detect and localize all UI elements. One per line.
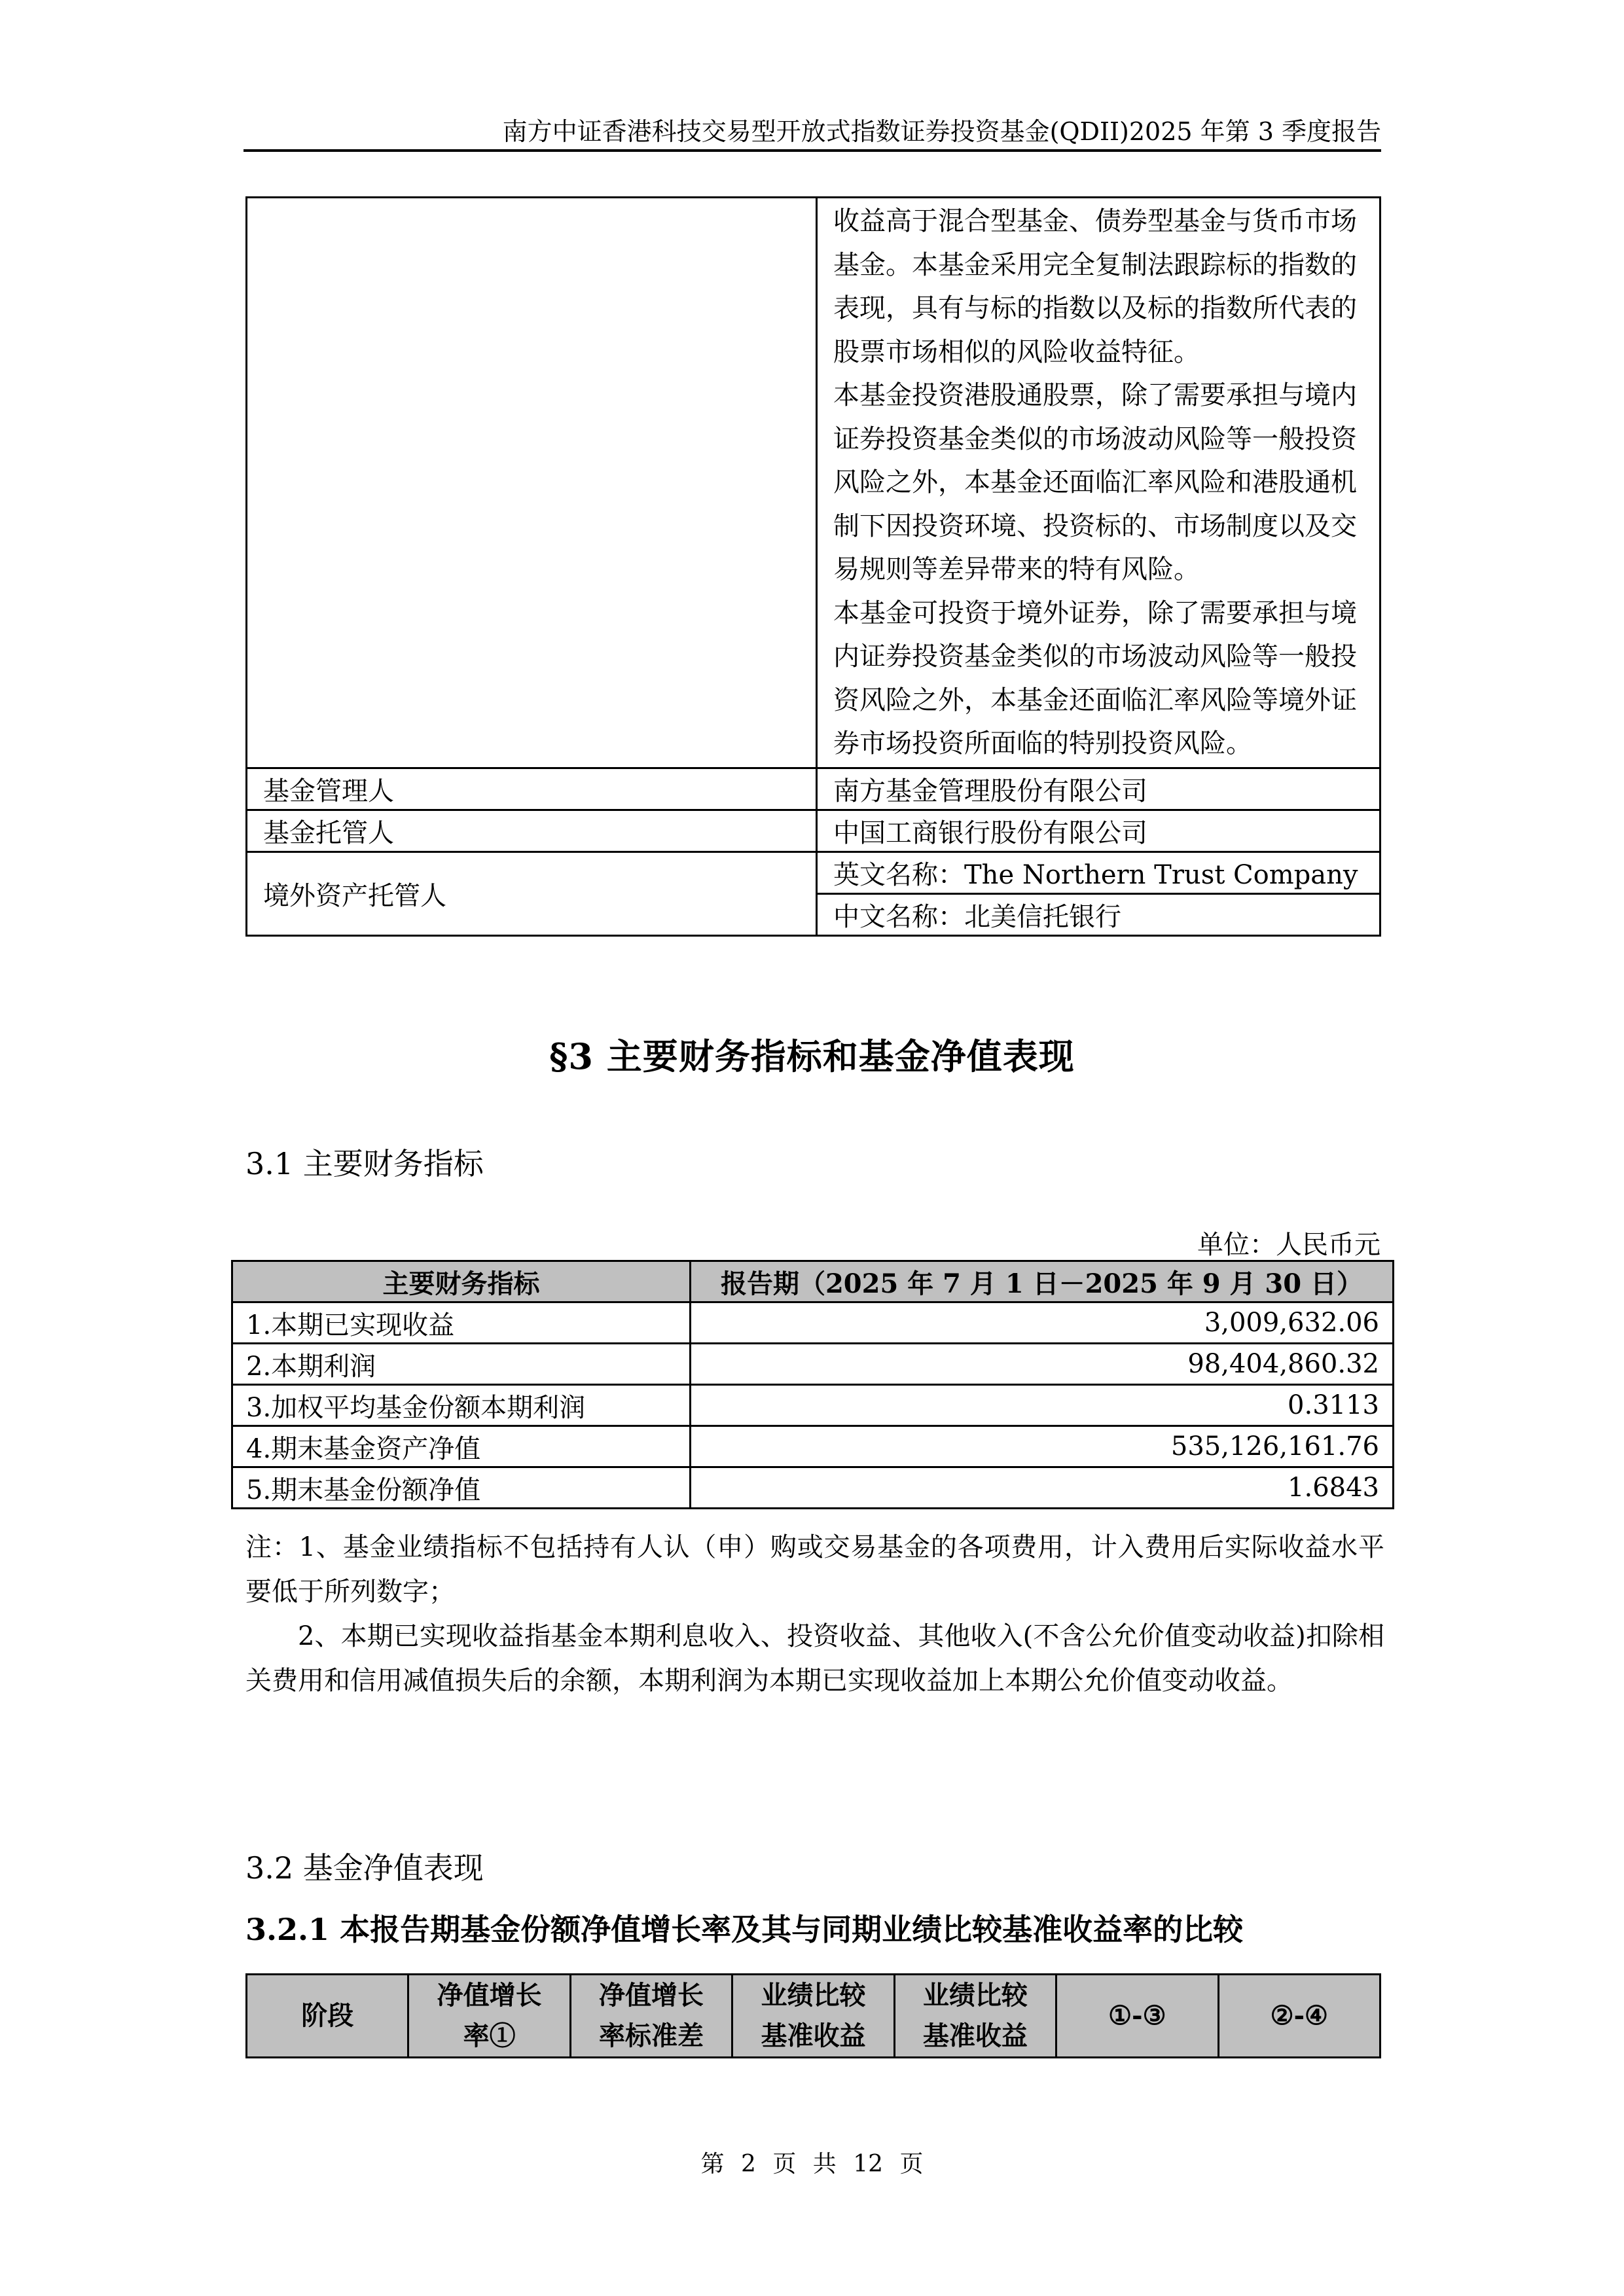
overseas-custodian-english: 英文名称：The Northern Trust Company [817,852,1380,893]
section-3-title: §3 主要财务指标和基金净值表现 [0,1029,1624,1079]
table-row: 4.期末基金资产净值 535,126,161.76 [232,1426,1394,1467]
column-header: 报告期（2025 年 7 月 1 日－2025 年 9 月 30 日） [691,1261,1394,1302]
column-header-diff-2-4: ②-④ [1218,1975,1380,2058]
column-header-benchmark-return-std: 业绩比较基准收益 [894,1975,1056,2058]
indicator-value: 98,404,860.32 [691,1344,1394,1385]
section-3-1-heading: 3.1 主要财务指标 [245,1140,484,1183]
column-header: 主要财务指标 [232,1261,691,1302]
indicator-value: 0.3113 [691,1385,1394,1426]
table-row: 基金管理人 南方基金管理股份有限公司 [247,768,1380,810]
risk-paragraph: 收益高于混合型基金、债券型基金与货币市场基金。本基金采用完全复制法跟踪标的指数的… [833,200,1363,374]
overseas-custodian-label: 境外资产托管人 [247,852,817,935]
column-header-nav-growth: 净值增长率① [408,1975,570,2058]
section-3-2-heading: 3.2 基金净值表现 [245,1844,484,1888]
column-header-benchmark-return: 业绩比较基准收益 [732,1975,894,2058]
fund-custodian-label: 基金托管人 [247,810,817,852]
table-header-row: 阶段 净值增长率① 净值增长率标准差 业绩比较基准收益 业绩比较基准收益 ①-③… [247,1975,1380,2058]
column-header-nav-growth-std: 净值增长率标准差 [570,1975,732,2058]
indicator-value: 3,009,632.06 [691,1302,1394,1344]
table-row: 1.本期已实现收益 3,009,632.06 [232,1302,1394,1344]
fund-info-table: 收益高于混合型基金、债券型基金与货币市场基金。本基金采用完全复制法跟踪标的指数的… [245,196,1381,937]
section-3-2-1-heading: 3.2.1 本报告期基金份额净值增长率及其与同期业绩比较基准收益率的比较 [245,1906,1243,1949]
financial-notes: 注：1、基金业绩指标不包括持有人认（申）购或交易基金的各项费用，计入费用后实际收… [245,1525,1384,1703]
indicator-label: 5.期末基金份额净值 [232,1467,691,1509]
note-2: 2、本期已实现收益指基金本期利息收入、投资收益、其他收入(不含公允价值变动收益)… [245,1614,1384,1703]
table-row: 基金托管人 中国工商银行股份有限公司 [247,810,1380,852]
indicator-label: 2.本期利润 [232,1344,691,1385]
table-row: 5.期末基金份额净值 1.6843 [232,1467,1394,1509]
fund-manager-label: 基金管理人 [247,768,817,810]
document-header-title: 南方中证香港科技交易型开放式指数证券投资基金(QDII)2025 年第 3 季度… [503,111,1381,147]
nav-performance-table: 阶段 净值增长率① 净值增长率标准差 业绩比较基准收益 业绩比较基准收益 ①-③… [245,1973,1381,2058]
column-header-stage: 阶段 [247,1975,408,2058]
page-number-footer: 第 2 页 共 12 页 [0,2145,1624,2179]
financial-indicators-table: 主要财务指标 报告期（2025 年 7 月 1 日－2025 年 9 月 30 … [231,1260,1394,1509]
fund-custodian-value: 中国工商银行股份有限公司 [817,810,1380,852]
table-row: 2.本期利润 98,404,860.32 [232,1344,1394,1385]
table-row: 境外资产托管人 英文名称：The Northern Trust Company [247,852,1380,893]
table-header-row: 主要财务指标 报告期（2025 年 7 月 1 日－2025 年 9 月 30 … [232,1261,1394,1302]
risk-label-cell [247,198,817,768]
indicator-label: 3.加权平均基金份额本期利润 [232,1385,691,1426]
overseas-custodian-chinese: 中文名称：北美信托银行 [817,893,1380,935]
risk-description-cell: 收益高于混合型基金、债券型基金与货币市场基金。本基金采用完全复制法跟踪标的指数的… [817,198,1380,768]
indicator-value: 535,126,161.76 [691,1426,1394,1467]
risk-paragraph: 本基金可投资于境外证券，除了需要承担与境内证券投资基金类似的市场波动风险等一般投… [833,592,1363,766]
note-1: 注：1、基金业绩指标不包括持有人认（申）购或交易基金的各项费用，计入费用后实际收… [245,1525,1384,1614]
fund-manager-value: 南方基金管理股份有限公司 [817,768,1380,810]
column-header-diff-1-3: ①-③ [1056,1975,1218,2058]
indicator-value: 1.6843 [691,1467,1394,1509]
table-row: 3.加权平均基金份额本期利润 0.3113 [232,1385,1394,1426]
risk-paragraph: 本基金投资港股通股票，除了需要承担与境内证券投资基金类似的市场波动风险等一般投资… [833,374,1363,592]
indicator-label: 1.本期已实现收益 [232,1302,691,1344]
header-divider [244,149,1381,152]
currency-unit-label: 单位：人民币元 [1197,1224,1380,1261]
indicator-label: 4.期末基金资产净值 [232,1426,691,1467]
